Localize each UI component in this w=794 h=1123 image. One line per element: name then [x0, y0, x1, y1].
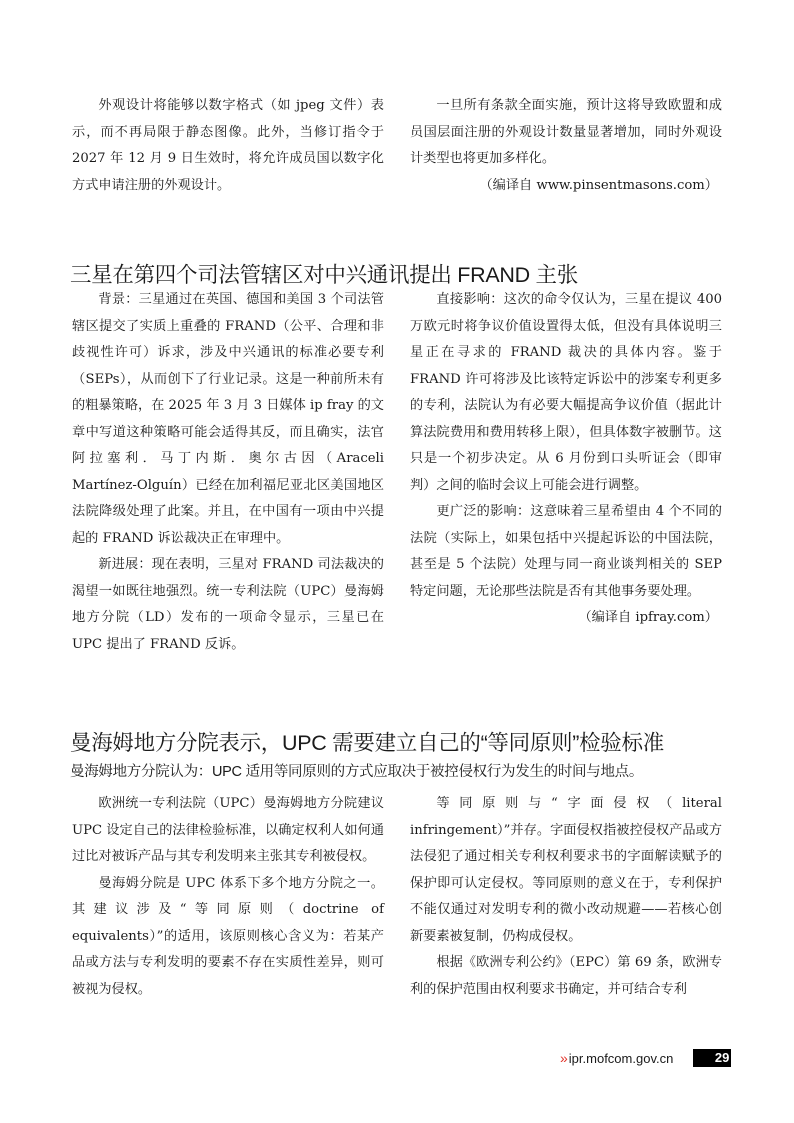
paragraph: 更广泛的影响：这意味着三星希望由 4 个不同的法院（实际上，如果包括中兴提起诉讼…: [410, 499, 722, 605]
paragraph: 曼海姆分院是 UPC 体系下多个地方分院之一。其建议涉及“等同原则（doctri…: [72, 871, 384, 1004]
double-chevron-icon: »: [560, 1050, 566, 1066]
source-attribution: （编译自 www.pinsentmasons.com）: [410, 173, 722, 200]
article-title: 曼海姆地方分院表示，UPC 需要建立自己的“等同原则”检验标准: [70, 726, 664, 757]
source-attribution: （编译自 ipfray.com）: [410, 605, 722, 632]
paragraph: 新进展：现在表明，三星对 FRAND 司法裁决的渴望一如既往地强烈。统一专利法院…: [72, 552, 384, 658]
paragraph: 欧洲统一专利法院（UPC）曼海姆地方分院建议 UPC 设定自己的法律检验标准，以…: [72, 791, 384, 871]
top-left-column: 外观设计将能够以数字格式（如 jpeg 文件）表示，而不再局限于静态图像。此外，…: [72, 93, 384, 199]
article2-right-column: 等同原则与“字面侵权（literal infringement）”并存。字面侵权…: [410, 791, 722, 1003]
page-footer: » ipr.mofcom.gov.cn 29: [560, 1047, 731, 1069]
top-right-column: 一旦所有条款全面实施，预计这将导致欧盟和成员国层面注册的外观设计数量显著增加，同…: [410, 93, 722, 199]
article-subtitle: 曼海姆地方分院认为：UPC 适用等同原则的方式应取决于被控侵权行为发生的时间与地…: [70, 760, 643, 781]
page-number: 29: [693, 1049, 731, 1067]
article2-left-column: 欧洲统一专利法院（UPC）曼海姆地方分院建议 UPC 设定自己的法律检验标准，以…: [72, 791, 384, 1003]
paragraph: 外观设计将能够以数字格式（如 jpeg 文件）表示，而不再局限于静态图像。此外，…: [72, 93, 384, 199]
article1-left-column: 背景：三星通过在英国、德国和美国 3 个司法管辖区提交了实质上重叠的 FRAND…: [72, 287, 384, 658]
paragraph: 根据《欧洲专利公约》（EPC）第 69 条，欧洲专利的保护范围由权利要求书确定，…: [410, 950, 722, 1003]
paragraph: 一旦所有条款全面实施，预计这将导致欧盟和成员国层面注册的外观设计数量显著增加，同…: [410, 93, 722, 173]
article1-right-column: 直接影响：这次的命令仅认为，三星在提议 400 万欧元时将争议价值设置得太低，但…: [410, 287, 722, 632]
article-title: 三星在第四个司法管辖区对中兴通讯提出 FRAND 主张: [70, 258, 578, 289]
footer-site-link[interactable]: ipr.mofcom.gov.cn: [569, 1051, 674, 1066]
paragraph: 直接影响：这次的命令仅认为，三星在提议 400 万欧元时将争议价值设置得太低，但…: [410, 287, 722, 499]
paragraph: 等同原则与“字面侵权（literal infringement）”并存。字面侵权…: [410, 791, 722, 950]
paragraph: 背景：三星通过在英国、德国和美国 3 个司法管辖区提交了实质上重叠的 FRAND…: [72, 287, 384, 552]
